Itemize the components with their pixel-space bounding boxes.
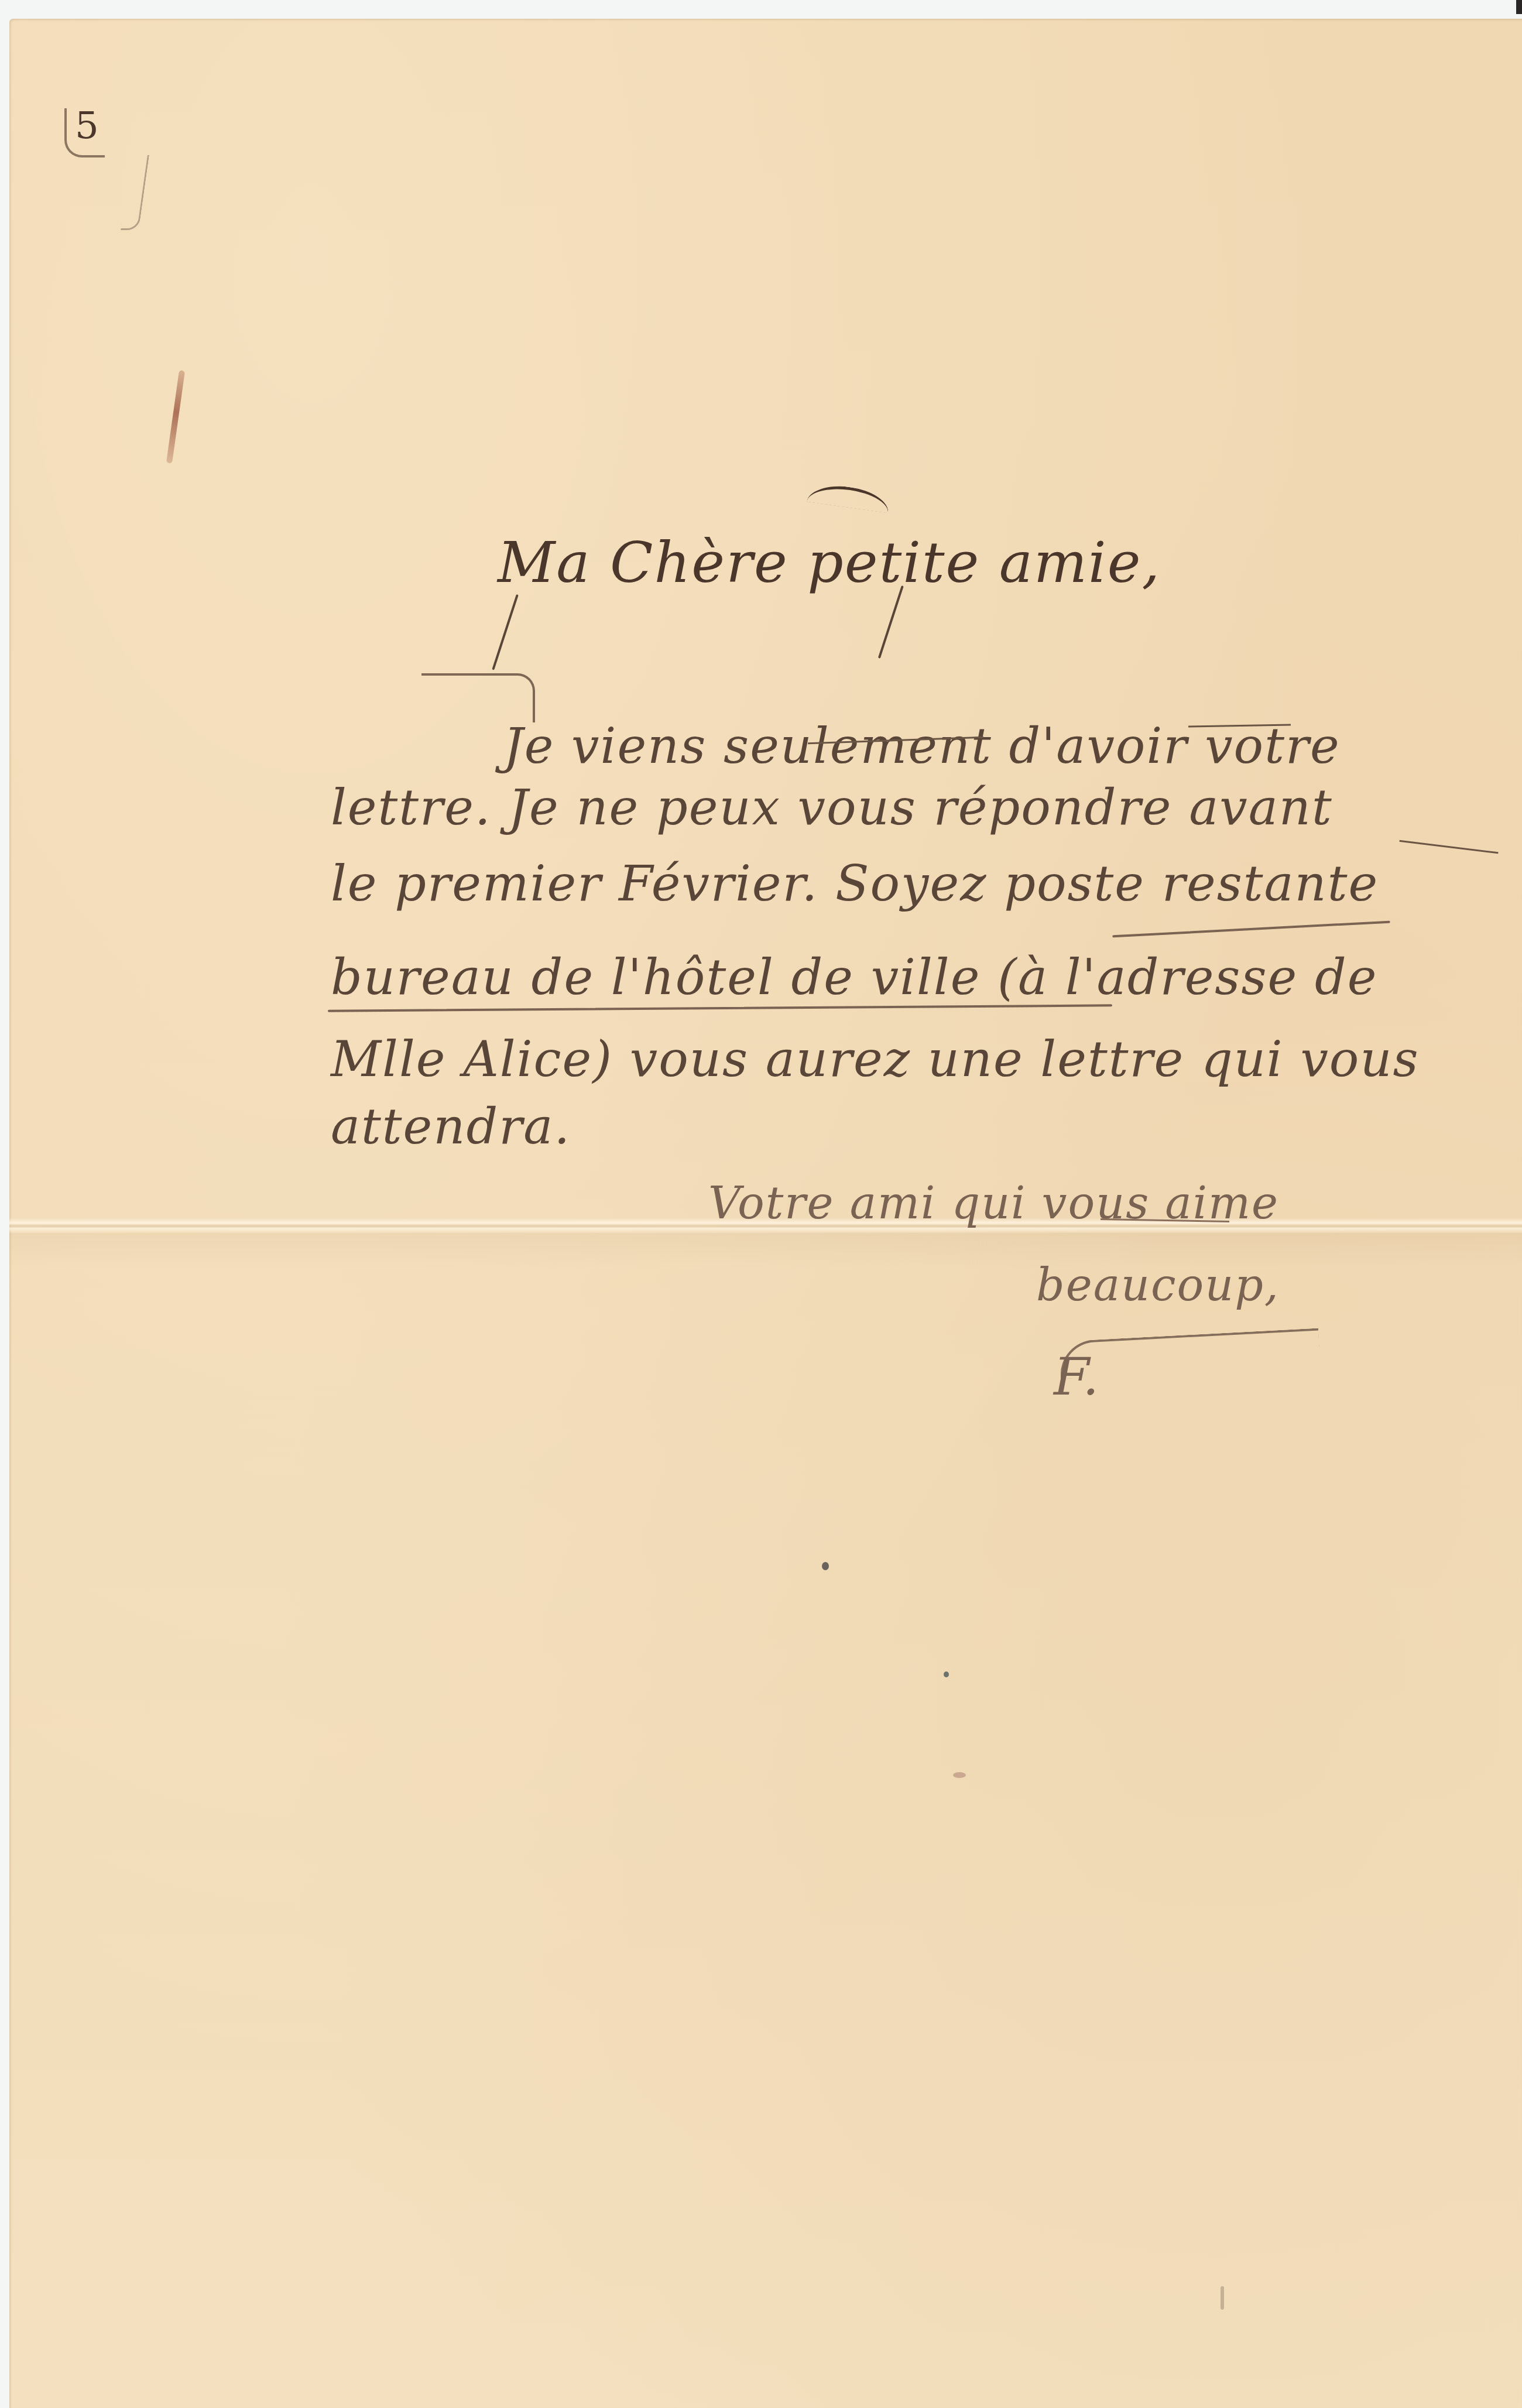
salutation: Ma Chère petite amie, [498,530,1161,595]
body-line-3: le premier Février. Soyez poste restante [331,855,1379,912]
signature: F. [1054,1347,1100,1407]
body-line-5: Mlle Alice) vous aurez une lettre qui vo… [331,1030,1420,1088]
paper-speck [953,1772,966,1778]
paper-speck [944,1671,949,1677]
closing-line-2: beaucoup, [1036,1259,1280,1311]
body-line-6: attendra. [331,1098,571,1155]
folio-number: 5 [75,104,100,148]
scan-edge-marker [1516,0,1522,14]
paper-speck [822,1562,829,1570]
fold-shadow [9,1233,1522,1268]
body-line-2: lettre. Je ne peux vous répondre avant [331,779,1333,836]
body-line-4: bureau de l'hôtel de ville (à l'adresse … [331,948,1377,1006]
paper-speck [1221,2286,1224,2310]
paragraph-mark [421,673,535,722]
